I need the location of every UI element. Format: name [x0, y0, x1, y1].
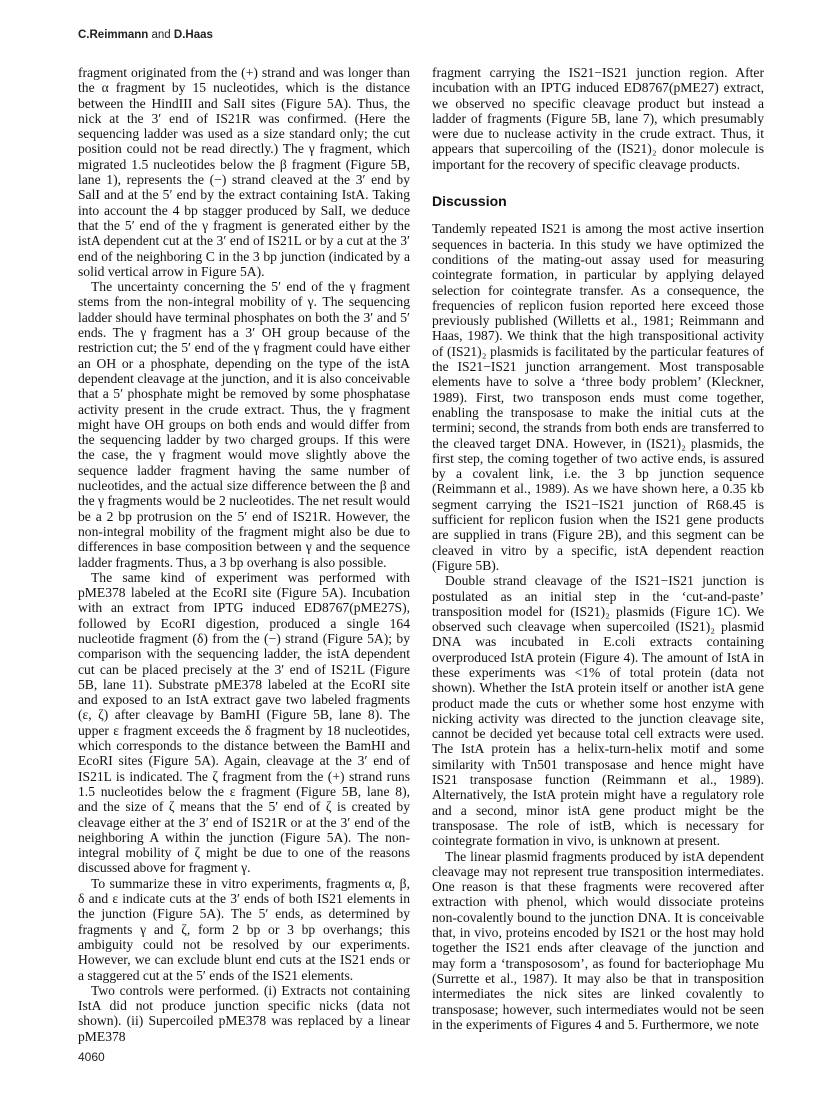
paragraph: fragment originated from the (+) strand … [78, 65, 410, 279]
paragraph: Tandemly repeated IS21 is among the most… [432, 221, 764, 573]
paragraph: To summarize these in vitro experiments,… [78, 876, 410, 983]
author-2: D.Haas [174, 29, 213, 41]
right-column: fragment carrying the IS21−IS21 junction… [432, 65, 764, 1032]
running-header: C.Reimmann and D.Haas [78, 29, 213, 41]
author-1: C.Reimmann [78, 29, 148, 41]
paragraph: The linear plasmid fragments produced by… [432, 849, 764, 1033]
paragraph: fragment carrying the IS21−IS21 junction… [432, 65, 764, 172]
paragraph: The uncertainty concerning the 5′ end of… [78, 279, 410, 570]
and-word: and [152, 29, 171, 41]
left-column: fragment originated from the (+) strand … [78, 65, 410, 1044]
paragraph: Two controls were performed. (i) Extract… [78, 983, 410, 1044]
page-number: 4060 [78, 1050, 105, 1064]
section-heading-discussion: Discussion [432, 194, 764, 209]
paragraph: Double strand cleavage of the IS21−IS21 … [432, 573, 764, 848]
paragraph: The same kind of experiment was performe… [78, 570, 410, 876]
